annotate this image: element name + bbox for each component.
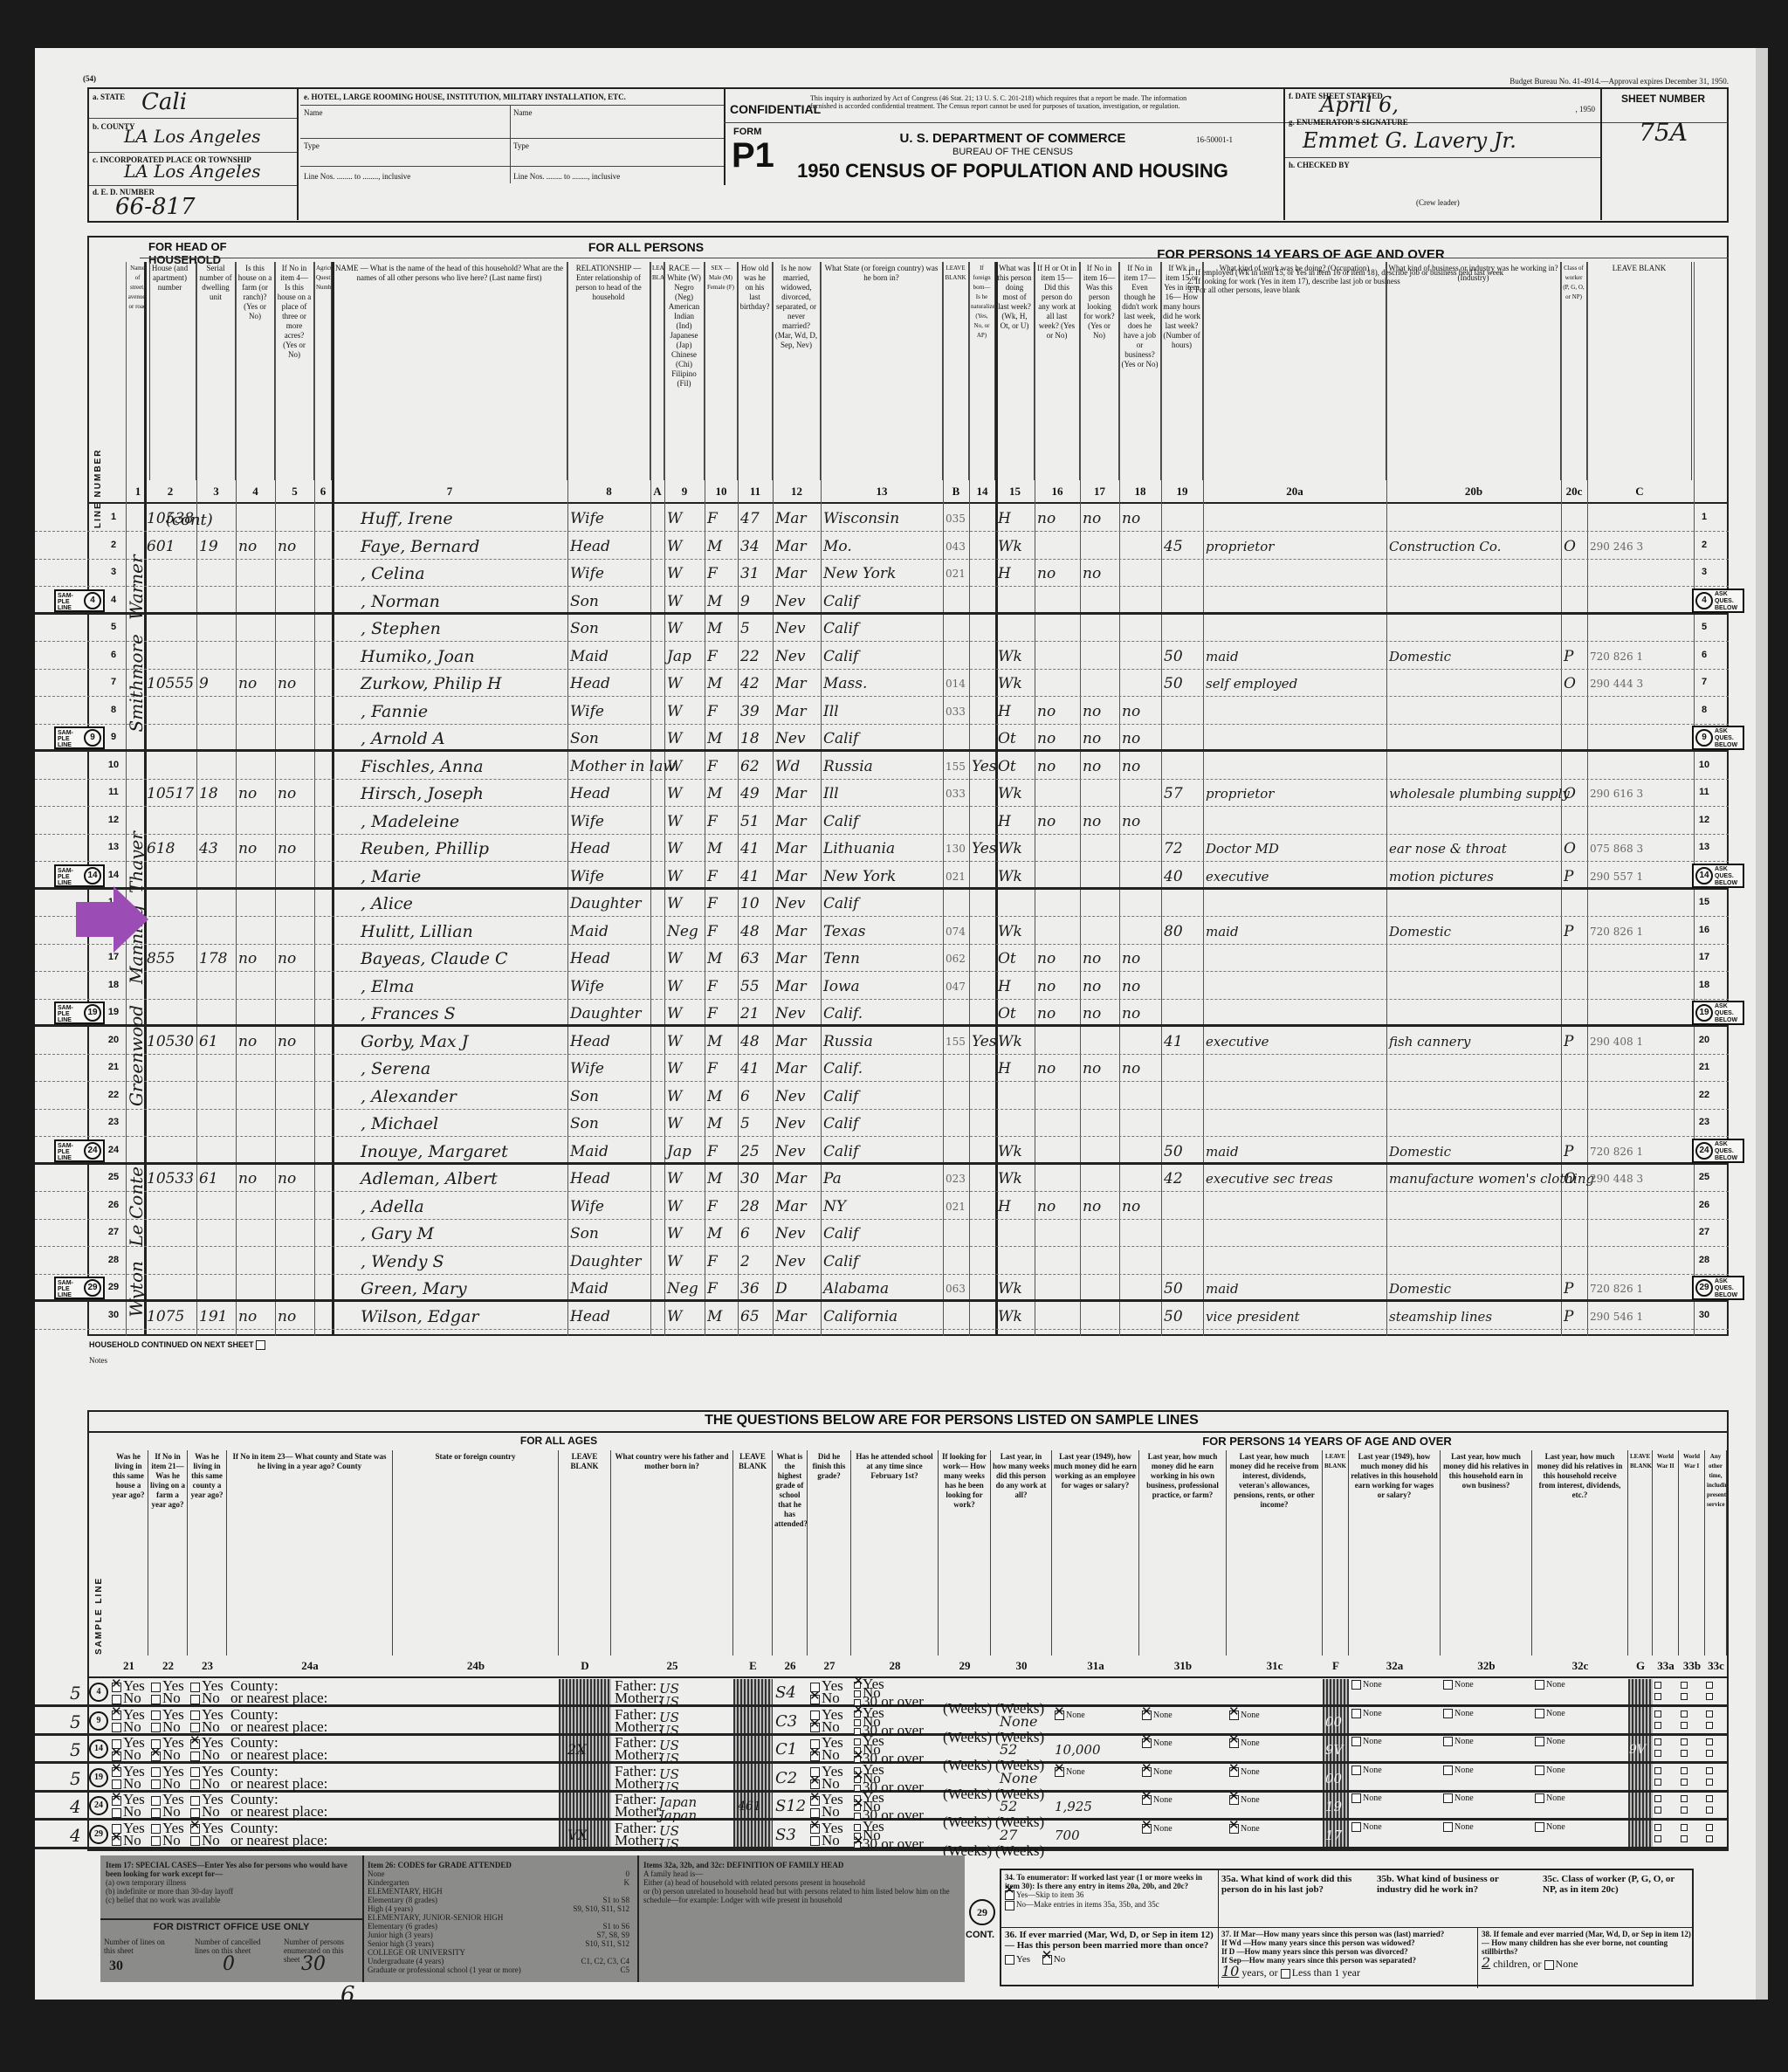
no-checkbox[interactable] xyxy=(112,1836,121,1846)
yes-checkbox[interactable] xyxy=(1681,1682,1688,1689)
no-checkbox[interactable] xyxy=(190,1779,200,1789)
attended-yes-checkbox[interactable] xyxy=(854,1738,861,1745)
none-checkbox[interactable] xyxy=(1351,1822,1361,1832)
none-checkbox[interactable] xyxy=(1055,1767,1064,1777)
cell-c16 xyxy=(1037,644,1079,669)
cell-nat xyxy=(972,891,994,916)
no-checkbox[interactable] xyxy=(151,1836,161,1846)
finished-no-checkbox[interactable] xyxy=(810,1808,820,1818)
no-checkbox[interactable] xyxy=(1681,1722,1688,1729)
finished-yes-checkbox[interactable] xyxy=(810,1796,820,1806)
cell-class xyxy=(1564,699,1586,724)
yes-checkbox[interactable] xyxy=(1706,1767,1713,1774)
cell-industry xyxy=(1389,947,1560,971)
leave-blank-e: 461 xyxy=(738,1794,761,1819)
no-checkbox[interactable] xyxy=(1654,1750,1661,1757)
line-number-right: 12 xyxy=(1694,815,1715,825)
section-persons-14-over: FOR PERSONS 14 YEARS OF AGE AND OVER xyxy=(995,247,1606,262)
income-31c: None xyxy=(1229,1823,1260,1848)
grade-code-label: Graduate or professional school (1 year … xyxy=(368,1965,521,1974)
line-number: 17 xyxy=(103,952,124,962)
sample-column-number: 32a xyxy=(1349,1659,1441,1673)
yes-checkbox[interactable] xyxy=(151,1796,161,1806)
confidential-text: This inquiry is authorized by Act of Con… xyxy=(810,94,1194,110)
none-label: None xyxy=(1241,1795,1260,1805)
cell-serial xyxy=(199,919,235,944)
cell-code xyxy=(1590,947,1691,971)
lines-value: 30 xyxy=(109,1958,123,1974)
none-checkbox[interactable] xyxy=(1535,1737,1544,1746)
sample-header-22: If No in item 21— Was he living on a far… xyxy=(148,1450,188,1656)
cell-hours xyxy=(1164,589,1202,614)
form-code: 16-50001-1 xyxy=(1196,135,1233,144)
armed-forces-3 xyxy=(1706,1821,1715,1846)
line-number-right: 26 xyxy=(1694,1200,1715,1210)
sample-column-number: 21 xyxy=(109,1659,148,1673)
sample-column-number: 26 xyxy=(773,1659,808,1673)
cell-marital: Mar xyxy=(775,561,820,586)
no-checkbox[interactable] xyxy=(1706,1779,1713,1786)
cell-rel: Maid xyxy=(570,1277,650,1301)
cell-activity: Ot xyxy=(998,726,1034,751)
cell-serial xyxy=(199,1139,235,1164)
none-checkbox[interactable] xyxy=(1443,1709,1453,1718)
none-checkbox[interactable] xyxy=(1351,1766,1361,1775)
leave-blank-f: 19 xyxy=(1325,1794,1342,1819)
ask-questions-tag: 14ASK QUES. BELOW xyxy=(1692,864,1744,888)
none-checkbox[interactable] xyxy=(1535,1793,1544,1803)
cell-industry: Domestic xyxy=(1389,644,1560,669)
leave-blank-f: 17 xyxy=(1325,1823,1342,1848)
hotel-type-label-2: Type xyxy=(513,141,529,150)
cell-race: W xyxy=(667,1222,704,1246)
cell-class: P xyxy=(1564,1029,1586,1054)
cell-sex: F xyxy=(707,644,737,669)
line-number-right: 20 xyxy=(1694,1035,1715,1045)
sample-header-28: Has he attended school at any time since… xyxy=(851,1450,939,1656)
q36-text: 36. If ever married (Mar, Wd, D, or Sep … xyxy=(1005,1930,1214,1951)
no-checkbox[interactable] xyxy=(1706,1835,1713,1842)
yes-checkbox[interactable] xyxy=(190,1824,200,1834)
cell-serial xyxy=(199,1002,235,1026)
cell-farm: no xyxy=(238,947,274,971)
q36-no-checkbox[interactable] xyxy=(1042,1955,1052,1965)
yes-checkbox[interactable] xyxy=(1706,1738,1713,1745)
q37-less-checkbox[interactable] xyxy=(1281,1969,1290,1979)
cell-sex: F xyxy=(707,809,737,834)
sample-header-label: If No in item 21— Was he living on a far… xyxy=(150,1452,185,1510)
armed-forces-1 xyxy=(1654,1708,1663,1732)
item-23-checkboxes: YesNo xyxy=(190,1766,223,1790)
yes-checkbox[interactable] xyxy=(1654,1767,1661,1774)
cell-farm xyxy=(238,1249,274,1274)
none-checkbox[interactable] xyxy=(1142,1824,1152,1834)
cell-code xyxy=(1590,699,1691,724)
sample-column-number: 32b xyxy=(1441,1659,1532,1673)
grade-code-value: C1, C2, C3, C4 xyxy=(581,1957,629,1965)
cell-birthplace: New York xyxy=(823,864,942,889)
q37-suffix: years, or xyxy=(1241,1966,1277,1979)
sample-header-label: World War II xyxy=(1654,1452,1676,1471)
none-checkbox[interactable] xyxy=(1535,1680,1544,1690)
none-label: None xyxy=(1241,1824,1260,1834)
finished-yes-checkbox[interactable] xyxy=(810,1824,820,1834)
cell-activity: H xyxy=(998,561,1034,586)
cell-activity xyxy=(998,616,1034,641)
cell-marital: Nev xyxy=(775,1084,820,1109)
cell-race: W xyxy=(667,809,704,834)
cell-occupation: executive sec treas xyxy=(1206,1167,1386,1191)
cell-house xyxy=(147,1194,196,1219)
no-checkbox[interactable] xyxy=(112,1723,121,1732)
yes-checkbox[interactable] xyxy=(151,1767,161,1777)
yes-checkbox[interactable] xyxy=(1654,1738,1661,1745)
none-checkbox[interactable] xyxy=(1443,1793,1453,1803)
none-checkbox[interactable] xyxy=(1535,1822,1544,1832)
cell-c17 xyxy=(1083,1139,1118,1164)
yes-checkbox[interactable] xyxy=(1681,1738,1688,1745)
grade-code-label: Undergraduate (4 years) xyxy=(368,1957,444,1965)
cell-serial: 191 xyxy=(199,1304,235,1329)
cell-nat xyxy=(972,1139,994,1164)
cell-house xyxy=(147,891,196,916)
sample-header-21: Was he living in this same house a year … xyxy=(109,1450,148,1656)
yes-checkbox[interactable] xyxy=(1681,1795,1688,1802)
none-checkbox[interactable] xyxy=(1351,1680,1361,1690)
no-checkbox[interactable] xyxy=(1654,1779,1661,1786)
yes-checkbox[interactable] xyxy=(151,1683,161,1692)
attended-30-checkbox[interactable] xyxy=(854,1813,861,1820)
q34-no-checkbox[interactable] xyxy=(1005,1901,1014,1910)
yes-checkbox[interactable] xyxy=(1706,1824,1713,1831)
finished-no-checkbox[interactable] xyxy=(810,1836,820,1846)
none-label: None xyxy=(1153,1711,1173,1720)
relatives-income-1: None xyxy=(1351,1736,1382,1760)
column-header-C: LEAVE BLANK xyxy=(1587,262,1692,480)
none-checkbox[interactable] xyxy=(1142,1738,1152,1748)
attended-30-checkbox[interactable] xyxy=(854,1841,861,1848)
cell-acres: no xyxy=(278,1304,313,1329)
no-checkbox[interactable] xyxy=(112,1779,121,1789)
line-number-right: 16 xyxy=(1694,925,1715,935)
cell-occupation xyxy=(1206,974,1386,999)
household-continued-checkbox[interactable] xyxy=(256,1340,265,1350)
no-checkbox[interactable] xyxy=(1654,1807,1661,1814)
cell-sex: F xyxy=(707,506,737,531)
sample-header-31b: Last year, how much money did he earn wo… xyxy=(1139,1450,1227,1656)
attended-30-checkbox[interactable] xyxy=(854,1785,861,1792)
cell-c16 xyxy=(1037,589,1079,614)
cell-code xyxy=(1590,1222,1691,1246)
attended-30-checkbox[interactable] xyxy=(854,1756,861,1763)
line-number: 18 xyxy=(103,980,124,990)
grade-code-row: Junior high (3 years)S7, S8, S9 xyxy=(368,1931,629,1939)
sample-header-label: Last year (1949), how much money did his… xyxy=(1351,1452,1438,1500)
no-checkbox[interactable] xyxy=(190,1695,200,1704)
none-checkbox[interactable] xyxy=(1535,1766,1544,1775)
yes-checkbox[interactable] xyxy=(112,1796,121,1806)
no-checkbox[interactable] xyxy=(1681,1750,1688,1757)
grade-codes: Item 26: CODES for GRADE ATTENDED None0K… xyxy=(368,1861,629,1974)
attended-no-checkbox[interactable] xyxy=(854,1776,861,1783)
cell-serial xyxy=(199,754,235,779)
cell-house xyxy=(147,974,196,999)
cell-hours xyxy=(1164,561,1202,586)
cell-occupation xyxy=(1206,809,1386,834)
cell-marital: Mar xyxy=(775,919,820,944)
cell-rel: Son xyxy=(570,726,650,751)
no-checkbox[interactable] xyxy=(190,1808,200,1818)
yes-checkbox[interactable] xyxy=(1654,1824,1661,1831)
below-mark: 6 xyxy=(340,1982,355,2008)
finished-no-checkbox[interactable] xyxy=(810,1779,820,1789)
cell-acres: no xyxy=(278,671,313,696)
cell-c16: no xyxy=(1037,1194,1079,1219)
none-checkbox[interactable] xyxy=(1443,1737,1453,1746)
grade-code-value: S7, S8, S9 xyxy=(596,1931,629,1939)
cell-sex: M xyxy=(707,781,737,806)
table-row: 1616Hulitt, LillianMaidNegF48MarTexas074… xyxy=(35,918,1729,945)
cell-age: 41 xyxy=(740,836,772,861)
no-checkbox[interactable] xyxy=(1654,1722,1661,1729)
cell-marital: Mar xyxy=(775,699,820,724)
yes-checkbox[interactable] xyxy=(1706,1682,1713,1689)
yes-checkbox[interactable] xyxy=(1654,1711,1661,1717)
cell-b: 047 xyxy=(946,974,968,999)
cell-farm xyxy=(238,1277,274,1301)
cell-rel: Daughter xyxy=(570,891,650,916)
item-23-checkboxes: YesNo xyxy=(190,1680,223,1704)
q38-none-checkbox[interactable] xyxy=(1544,1960,1554,1970)
cell-farm xyxy=(238,919,274,944)
special-case-b: (b) indefinite or more than 30-day layof… xyxy=(106,1887,359,1896)
attended-yes-checkbox[interactable] xyxy=(854,1824,861,1831)
cell-sex: M xyxy=(707,1167,737,1191)
cell-class: P xyxy=(1564,864,1586,889)
no-checkbox[interactable] xyxy=(1706,1693,1713,1700)
cell-name: Reuben, Phillip xyxy=(334,836,567,861)
no-checkbox[interactable] xyxy=(190,1752,200,1761)
yes-checkbox[interactable] xyxy=(1706,1711,1713,1717)
none-checkbox[interactable] xyxy=(1351,1709,1361,1718)
q38-suffix: children, or xyxy=(1493,1958,1541,1970)
finished-no-checkbox[interactable] xyxy=(810,1752,820,1761)
cell-c18 xyxy=(1122,1139,1160,1164)
no-checkbox[interactable] xyxy=(151,1723,161,1732)
relatives-income-1: None xyxy=(1351,1708,1382,1732)
yes-checkbox[interactable] xyxy=(190,1739,200,1749)
cell-class xyxy=(1564,1222,1586,1246)
cell-occupation: proprietor xyxy=(1206,534,1386,559)
cell-c16 xyxy=(1037,1277,1079,1301)
none-checkbox[interactable] xyxy=(1142,1795,1152,1805)
yes-checkbox[interactable] xyxy=(190,1796,200,1806)
attended-yes-checkbox[interactable] xyxy=(854,1682,861,1689)
no-checkbox[interactable] xyxy=(1681,1807,1688,1814)
armed-forces-3 xyxy=(1706,1736,1715,1760)
no-label: No xyxy=(162,1832,181,1848)
sample-header-32c: Last year, how much money did his relati… xyxy=(1532,1450,1628,1656)
finished-no-checkbox[interactable] xyxy=(810,1695,820,1704)
none-checkbox[interactable] xyxy=(1535,1709,1544,1718)
yes-checkbox[interactable] xyxy=(1681,1824,1688,1831)
none-label: None xyxy=(1546,1737,1565,1746)
no-checkbox[interactable] xyxy=(112,1752,121,1761)
none-checkbox[interactable] xyxy=(1229,1738,1239,1748)
column-number: 4 xyxy=(236,485,275,499)
cell-serial xyxy=(199,616,235,641)
cell-activity: Ot xyxy=(998,1002,1034,1026)
yes-checkbox[interactable] xyxy=(1654,1682,1661,1689)
attended-no-checkbox[interactable] xyxy=(854,1690,861,1697)
cell-c17: no xyxy=(1083,809,1118,834)
no-checkbox[interactable] xyxy=(190,1723,200,1732)
attended-30-checkbox[interactable] xyxy=(854,1728,861,1735)
none-checkbox[interactable] xyxy=(1443,1680,1453,1690)
cell-occupation: vice president xyxy=(1206,1304,1386,1329)
yes-checkbox[interactable] xyxy=(1681,1711,1688,1717)
yes-checkbox[interactable] xyxy=(1654,1795,1661,1802)
yes-checkbox[interactable] xyxy=(1681,1767,1688,1774)
sample-header-24b: State or foreign country xyxy=(393,1450,559,1656)
none-checkbox[interactable] xyxy=(1351,1737,1361,1746)
none-checkbox[interactable] xyxy=(1055,1711,1064,1720)
cell-rel: Head xyxy=(570,836,650,861)
column-number: 3 xyxy=(196,485,236,499)
attended-no-checkbox[interactable] xyxy=(854,1804,861,1811)
no-checkbox[interactable] xyxy=(151,1695,161,1704)
no-checkbox[interactable] xyxy=(151,1808,161,1818)
column-number: 15 xyxy=(995,485,1035,499)
cell-rel: Son xyxy=(570,589,650,614)
q36-yes-checkbox[interactable] xyxy=(1005,1955,1014,1965)
attended-yes-checkbox[interactable] xyxy=(854,1711,861,1717)
q34-yes-checkbox[interactable] xyxy=(1005,1890,1014,1900)
cell-age: 63 xyxy=(740,947,772,971)
county-value: LA Los Angeles xyxy=(124,126,260,147)
ask-label: ASK QUES. BELOW xyxy=(1715,1278,1737,1298)
cell-age: 41 xyxy=(740,1057,772,1081)
cell-marital: Mar xyxy=(775,534,820,559)
cell-race: Jap xyxy=(667,1139,704,1164)
yes-checkbox[interactable] xyxy=(190,1683,200,1692)
cell-age: 49 xyxy=(740,781,772,806)
no-checkbox[interactable] xyxy=(1654,1693,1661,1700)
cell-race: W xyxy=(667,1057,704,1081)
none-checkbox[interactable] xyxy=(1229,1767,1239,1777)
no-checkbox[interactable] xyxy=(190,1836,200,1846)
none-label: None xyxy=(1454,1822,1474,1832)
none-checkbox[interactable] xyxy=(1443,1822,1453,1832)
cell-acres xyxy=(278,726,313,751)
cell-code xyxy=(1590,561,1691,586)
armed-forces-2 xyxy=(1681,1821,1689,1846)
attended-no-checkbox[interactable] xyxy=(854,1719,861,1726)
cell-sex: F xyxy=(707,1277,737,1301)
no-checkbox[interactable] xyxy=(1681,1693,1688,1700)
cell-acres xyxy=(278,864,313,889)
table-row: 2626, AdellaWifeWF28MarNY021Hnonono xyxy=(35,1193,1729,1220)
yes-checkbox[interactable] xyxy=(151,1824,161,1834)
sample-header-label: Last year, how much money did he earn wo… xyxy=(1141,1452,1224,1500)
yes-checkbox[interactable] xyxy=(112,1767,121,1777)
no-checkbox[interactable] xyxy=(151,1779,161,1789)
cell-marital: Mar xyxy=(775,947,820,971)
cell-c16 xyxy=(1037,864,1079,889)
cell-sex: F xyxy=(707,699,737,724)
finished-grade-checkboxes: YesNo xyxy=(810,1793,843,1818)
no-checkbox[interactable] xyxy=(1706,1722,1713,1729)
cell-b xyxy=(946,726,968,751)
cell-birthplace: New York xyxy=(823,561,942,586)
cell-occupation xyxy=(1206,1084,1386,1109)
cell-name: Hirsch, Joseph xyxy=(334,781,567,806)
none-checkbox[interactable] xyxy=(1142,1767,1152,1777)
cell-sex: M xyxy=(707,726,737,751)
cell-code: 290 557 1 xyxy=(1590,864,1691,889)
income-31a: None xyxy=(1055,1766,1085,1791)
cell-age: 21 xyxy=(740,1002,772,1026)
cell-industry xyxy=(1389,754,1560,779)
weeks-worked: 27 xyxy=(1000,1823,1017,1848)
sample-line-tag: SAM-PLELINE4 xyxy=(54,589,105,612)
cell-activity: H xyxy=(998,809,1034,834)
no-checkbox[interactable] xyxy=(1706,1807,1713,1814)
cell-marital: Mar xyxy=(775,506,820,531)
finished-no-checkbox[interactable] xyxy=(810,1723,820,1732)
cell-race: Neg xyxy=(667,919,704,944)
cell-name: , Fannie xyxy=(334,699,567,724)
column-header-B: LEAVE BLANK xyxy=(943,262,969,480)
sample-header-label: If No in item 23— What county and State … xyxy=(229,1452,390,1471)
none-checkbox[interactable] xyxy=(1229,1795,1239,1805)
no-checkbox[interactable] xyxy=(151,1752,161,1761)
cell-activity: Wk xyxy=(998,534,1034,559)
yes-checkbox[interactable] xyxy=(1706,1795,1713,1802)
yes-checkbox[interactable] xyxy=(112,1711,121,1720)
no-checkbox[interactable] xyxy=(112,1695,121,1704)
no-checkbox[interactable] xyxy=(1706,1750,1713,1757)
yes-checkbox[interactable] xyxy=(151,1711,161,1720)
cell-nat xyxy=(972,671,994,696)
no-checkbox[interactable] xyxy=(112,1808,121,1818)
yes-checkbox[interactable] xyxy=(190,1711,200,1720)
none-checkbox[interactable] xyxy=(1229,1824,1239,1834)
family-head-title: Items 32a, 32b, and 32c: DEFINITION OF F… xyxy=(643,1861,958,1869)
no-checkbox[interactable] xyxy=(1654,1835,1661,1842)
none-checkbox[interactable] xyxy=(1443,1766,1453,1775)
relatives-income-1: None xyxy=(1351,1679,1382,1704)
no-checkbox[interactable] xyxy=(1681,1779,1688,1786)
sample-column-number: 33b xyxy=(1679,1659,1705,1673)
highlight-arrow-body xyxy=(76,902,115,937)
none-checkbox[interactable] xyxy=(1351,1793,1361,1803)
none-checkbox[interactable] xyxy=(1142,1711,1152,1720)
ask-questions-tag: 4ASK QUES. BELOW xyxy=(1692,589,1744,613)
cell-marital: Nev xyxy=(775,589,820,614)
yes-checkbox[interactable] xyxy=(190,1767,200,1777)
line-number: 1 xyxy=(103,512,124,522)
cell-rel: Daughter xyxy=(570,1002,650,1026)
cell-marital: Nev xyxy=(775,1112,820,1136)
cell-hours xyxy=(1164,726,1202,751)
special-cases-title: Item 17: SPECIAL CASES—Enter Yes also fo… xyxy=(106,1861,359,1878)
cell-nat xyxy=(972,1194,994,1219)
cell-house xyxy=(147,919,196,944)
yes-checkbox[interactable] xyxy=(112,1683,121,1692)
no-checkbox[interactable] xyxy=(1681,1835,1688,1842)
none-checkbox[interactable] xyxy=(1229,1711,1239,1720)
